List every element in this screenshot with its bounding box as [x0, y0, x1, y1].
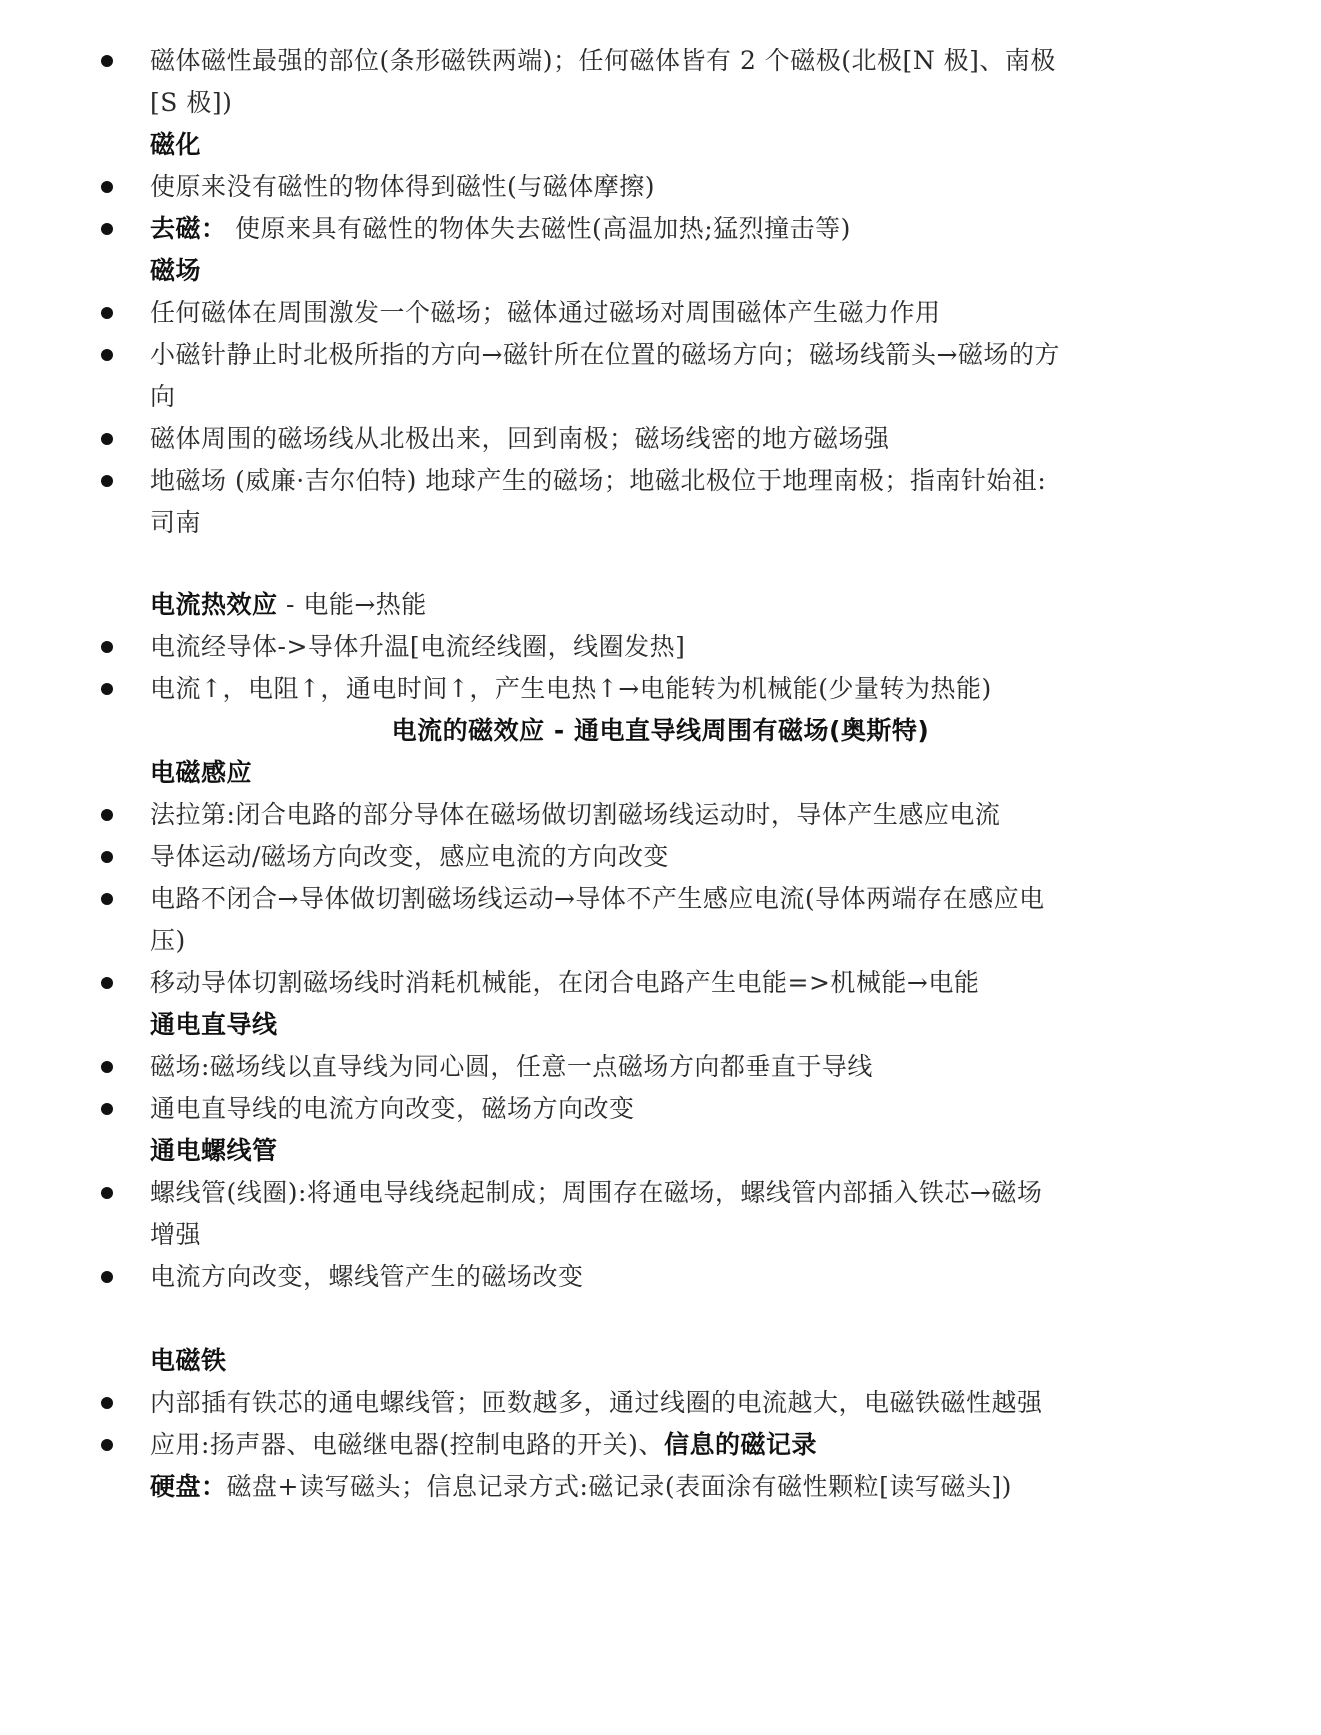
poles-item-line1: 磁体磁性最强的部位(条形磁铁两端)；任何磁体皆有 2 个磁极(北极[N 极]、南…	[150, 40, 1280, 82]
bullet-icon	[101, 349, 113, 361]
demagnetize-label: 去磁：	[150, 214, 227, 243]
poles-item-line2: [S 极])	[150, 82, 1280, 124]
bullet-icon	[101, 1061, 113, 1073]
heading-straight-wire: 通电直导线	[150, 1004, 1280, 1046]
bullet-icon	[101, 1397, 113, 1409]
wire-item-2: 通电直导线的电流方向改变，磁场方向改变	[150, 1088, 1280, 1130]
heading-magnetization: 磁化	[150, 124, 1280, 166]
field-item-4-line1: 地磁场 (威廉·吉尔伯特) 地球产生的磁场；地磁北极位于地理南极；指南针始祖:	[150, 460, 1280, 502]
induction-item-3-line2: 压)	[150, 920, 1280, 962]
induction-item-1: 法拉第:闭合电路的部分导体在磁场做切割磁场线运动时，导体产生感应电流	[150, 794, 1280, 836]
electromagnet-item-1: 内部插有铁芯的通电螺线管；匝数越多，通过线圈的电流越大，电磁铁磁性越强	[150, 1382, 1280, 1424]
bullet-icon	[101, 55, 113, 67]
field-item-4-line2: 司南	[150, 502, 1280, 544]
magnetization-item-1: 使原来没有磁性的物体得到磁性(与磁体摩擦)	[150, 166, 1280, 208]
heading-magnetic-effect: 电流的磁效应 - 通电直导线周围有磁场(奥斯特)	[0, 710, 1321, 752]
magnetic-recording-label: 信息的磁记录	[664, 1430, 817, 1459]
electromagnet-item-2: 应用:扬声器、电磁继电器(控制电路的开关)、信息的磁记录	[150, 1424, 1280, 1466]
bullet-icon	[101, 851, 113, 863]
heading-electromagnet: 电磁铁	[150, 1340, 1280, 1382]
heading-magnetic-field: 磁场	[150, 250, 1280, 292]
bullet-icon	[101, 223, 113, 235]
field-item-2-line1: 小磁针静止时北极所指的方向→磁针所在位置的磁场方向；磁场线箭头→磁场的方	[150, 334, 1280, 376]
induction-item-2: 导体运动/磁场方向改变，感应电流的方向改变	[150, 836, 1280, 878]
induction-item-4: 移动导体切割磁场线时消耗机械能，在闭合电路产生电能=>机械能→电能	[150, 962, 1280, 1004]
bullet-icon	[101, 1439, 113, 1451]
field-item-1: 任何磁体在周围激发一个磁场；磁体通过磁场对周围磁体产生磁力作用	[150, 292, 1280, 334]
application-text: 应用:扬声器、电磁继电器(控制电路的开关)、	[150, 1430, 664, 1459]
heating-item-1: 电流经导体->导体升温[电流经线圈，线圈发热]	[150, 626, 1280, 668]
heading-solenoid: 通电螺线管	[150, 1130, 1280, 1172]
bullet-icon	[101, 307, 113, 319]
field-item-2-line2: 向	[150, 376, 1280, 418]
solenoid-item-1-line2: 增强	[150, 1214, 1280, 1256]
field-item-3: 磁体周围的磁场线从北极出来，回到南极；磁场线密的地方磁场强	[150, 418, 1280, 460]
heating-effect-subtitle: - 电能→热能	[278, 590, 427, 619]
harddisk-label: 硬盘：	[150, 1472, 227, 1501]
bullet-icon	[101, 1103, 113, 1115]
magnetization-item-2: 去磁： 使原来具有磁性的物体失去磁性(高温加热;猛烈撞击等)	[150, 208, 1280, 250]
bullet-icon	[101, 893, 113, 905]
bullet-icon	[101, 1187, 113, 1199]
heading-heating-effect: 电流热效应 - 电能→热能	[150, 584, 1280, 626]
bullet-icon	[101, 641, 113, 653]
induction-item-3-line1: 电路不闭合→导体做切割磁场线运动→导体不产生感应电流(导体两端存在感应电	[150, 878, 1280, 920]
bullet-icon	[101, 977, 113, 989]
document-page: 磁体磁性最强的部位(条形磁铁两端)；任何磁体皆有 2 个磁极(北极[N 极]、南…	[0, 0, 1321, 1735]
bullet-icon	[101, 181, 113, 193]
heating-effect-title: 电流热效应	[150, 590, 278, 619]
bullet-icon	[101, 1271, 113, 1283]
wire-item-1: 磁场:磁场线以直导线为同心圆，任意一点磁场方向都垂直于导线	[150, 1046, 1280, 1088]
heading-induction: 电磁感应	[150, 752, 1280, 794]
bullet-icon	[101, 433, 113, 445]
bullet-icon	[101, 683, 113, 695]
solenoid-item-2: 电流方向改变，螺线管产生的磁场改变	[150, 1256, 1280, 1298]
solenoid-item-1-line1: 螺线管(线圈):将通电导线绕起制成；周围存在磁场，螺线管内部插入铁芯→磁场	[150, 1172, 1280, 1214]
bullet-icon	[101, 475, 113, 487]
demagnetize-text: 使原来具有磁性的物体失去磁性(高温加热;猛烈撞击等)	[227, 214, 851, 243]
harddisk-text: 磁盘+读写磁头；信息记录方式:磁记录(表面涂有磁性颗粒[读写磁头])	[227, 1472, 1012, 1501]
harddisk-line: 硬盘：磁盘+读写磁头；信息记录方式:磁记录(表面涂有磁性颗粒[读写磁头])	[150, 1466, 1280, 1508]
heating-item-2: 电流↑，电阻↑，通电时间↑，产生电热↑→电能转为机械能(少量转为热能)	[150, 668, 1280, 710]
bullet-icon	[101, 809, 113, 821]
